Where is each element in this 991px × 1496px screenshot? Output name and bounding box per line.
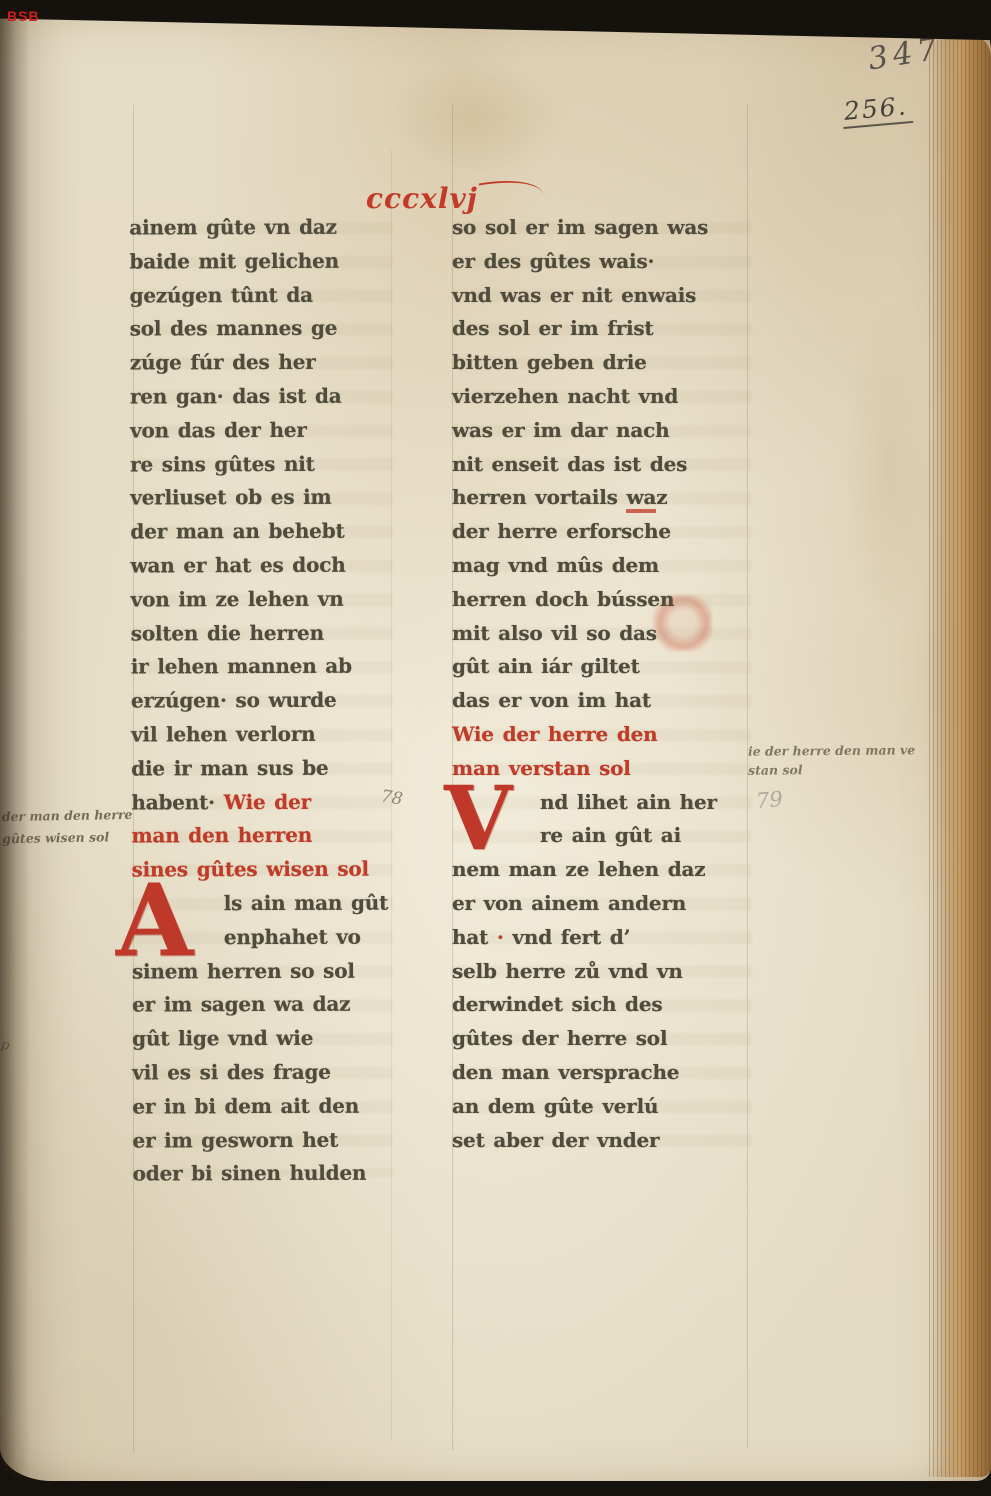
body-text: von im ze lehen vn xyxy=(131,586,344,611)
manuscript-line: das er von im hat xyxy=(452,688,752,722)
margin-note-line: stan sol xyxy=(748,761,915,781)
body-text: vil es si des frage xyxy=(132,1060,331,1085)
manuscript-line: erzúgen· so wurde xyxy=(131,688,393,723)
photo-backdrop: { "meta": { "watermark": "BSB" }, "folia… xyxy=(0,0,991,1496)
body-text: sol des mannes ge xyxy=(130,316,338,341)
manuscript-line: bitten geben drie xyxy=(452,350,752,384)
body-text: wa xyxy=(626,485,656,513)
body-text: die ir man sus be xyxy=(131,756,328,781)
manuscript-line: selb herre zů vnd vn xyxy=(452,959,752,993)
body-text: vnd was er nit enwais xyxy=(452,283,696,307)
manuscript-line: ir lehen mannen ab xyxy=(131,654,393,689)
manuscript-line: habent· Wie der xyxy=(131,789,393,824)
body-text: der man an behebt xyxy=(130,519,344,544)
body-text: nit enseit das ist des xyxy=(452,452,687,476)
body-text: mit also vil so das xyxy=(452,621,657,645)
manuscript-line: gût lige vnd wie xyxy=(132,1026,394,1061)
manuscript-line: solten die herren xyxy=(131,620,393,655)
pencil-chapter-number-78: 78 xyxy=(380,786,405,809)
text-column-right: so sol er im sagen waser des gûtes wais·… xyxy=(452,215,752,1161)
body-text: ainem gûte vn daz xyxy=(129,215,337,240)
manuscript-line: oder bi sinen hulden xyxy=(133,1161,395,1196)
folio-number-ink: 256. xyxy=(841,91,913,129)
body-text: hat xyxy=(452,925,497,949)
body-text: er im sagen wa daz xyxy=(132,992,350,1017)
manuscript-line: herren vortails waz xyxy=(452,485,752,519)
manuscript-line: vnd was er nit enwais xyxy=(452,283,752,317)
flourish-stroke xyxy=(478,173,543,205)
manuscript-line: sol des mannes ge xyxy=(130,316,392,351)
manuscript-line: Wie der herre den xyxy=(452,722,752,756)
manuscript-line: mit also vil so das xyxy=(452,621,752,655)
manuscript-line: vil es si des frage xyxy=(132,1059,394,1094)
manuscript-line: der herre erforsche xyxy=(452,519,752,553)
body-text: oder bi sinen hulden xyxy=(133,1161,367,1186)
chapter-number-text: cccxlvj xyxy=(366,182,478,215)
body-text: verliuset ob es im xyxy=(130,485,331,510)
parchment-stain xyxy=(385,58,575,178)
body-text: enphahet vo xyxy=(224,924,361,948)
body-text: vil lehen verlorn xyxy=(131,722,315,747)
manuscript-line: was er im dar nach xyxy=(452,418,752,452)
body-text: er des gûtes wais· xyxy=(452,249,654,273)
manuscript-line: so sol er im sagen was xyxy=(452,215,752,249)
manuscript-line: vil lehen verlorn xyxy=(131,721,393,756)
manuscript-line: an dem gûte verlú xyxy=(452,1094,752,1128)
manuscript-line: zúge fúr des her xyxy=(130,350,392,385)
body-text: gezúgen tûnt da xyxy=(130,282,313,307)
body-text: was er im dar nach xyxy=(452,418,669,442)
manuscript-line: gût ain iár giltet xyxy=(452,654,752,688)
margin-note-line: ie der herre den man ve xyxy=(748,742,915,762)
body-text: den man versprache xyxy=(452,1060,679,1084)
manuscript-line: gûtes der herre sol xyxy=(452,1026,752,1060)
body-text: wan er hat es doch xyxy=(130,553,345,578)
manuscript-line: er im gesworn het xyxy=(132,1127,394,1162)
body-text: derwindet sich des xyxy=(452,992,662,1016)
body-text: er in bi dem ait den xyxy=(132,1093,359,1118)
manuscript-line: nit enseit das ist des xyxy=(452,452,752,486)
margin-note-right: ie der herre den man ve stan sol xyxy=(748,742,916,781)
body-text: vierzehen nacht vnd xyxy=(452,384,678,408)
body-text: zúge fúr des her xyxy=(130,350,316,375)
pencil-chapter-number-79: 79 xyxy=(755,787,784,813)
manuscript-line: die ir man sus be xyxy=(131,755,393,790)
body-text: mag vnd mûs dem xyxy=(452,553,659,577)
body-text: des sol er im frist xyxy=(452,316,653,340)
body-text: baide mit gelichen xyxy=(129,249,339,274)
body-text: von das der her xyxy=(130,418,307,443)
manuscript-line: ren gan· das ist da xyxy=(130,384,392,419)
manuscript-page: 347 256. cccxlvj ainem gûte vn dazbaide … xyxy=(0,10,991,1481)
bsb-watermark: BSB xyxy=(7,8,40,24)
manuscript-line: er im sagen wa daz xyxy=(132,992,394,1027)
parchment-stain xyxy=(845,300,935,630)
body-text: re ain gût ai xyxy=(540,823,681,847)
body-text: das er von im hat xyxy=(452,688,651,712)
rubric-text: · xyxy=(497,925,504,949)
body-text: an dem gûte verlú xyxy=(452,1094,658,1118)
body-text: z xyxy=(656,485,667,509)
manuscript-line: mag vnd mûs dem xyxy=(452,553,752,587)
manuscript-line: set aber der vnder xyxy=(452,1128,752,1162)
body-text: er von ainem andern xyxy=(452,891,686,915)
manuscript-line: Als ain man gût xyxy=(132,890,394,925)
manuscript-line: herren doch bússen xyxy=(452,587,752,621)
body-text: herren doch bússen xyxy=(452,587,674,611)
manuscript-line: der man an behebt xyxy=(130,519,392,554)
manuscript-line: Vnd lihet ain her xyxy=(452,790,752,824)
manuscript-line: des sol er im frist xyxy=(452,316,752,350)
body-text: der herre erforsche xyxy=(452,519,671,543)
body-text: herren vortails xyxy=(452,485,626,509)
manuscript-line: er in bi dem ait den xyxy=(132,1093,394,1128)
drop-cap-initial: V xyxy=(444,782,512,854)
body-text: habent· xyxy=(131,790,223,814)
manuscript-line: baide mit gelichen xyxy=(129,248,391,283)
body-text: gût lige vnd wie xyxy=(132,1026,313,1051)
body-text: bitten geben drie xyxy=(452,350,647,374)
manuscript-line: ainem gûte vn daz xyxy=(129,215,391,250)
body-text: so sol er im sagen was xyxy=(452,215,708,239)
manuscript-line: er von ainem andern xyxy=(452,891,752,925)
body-text: solten die herren xyxy=(131,620,324,645)
body-text: erzúgen· so wurde xyxy=(131,688,337,713)
body-text: selb herre zů vnd vn xyxy=(452,959,683,983)
manuscript-line: derwindet sich des xyxy=(452,992,752,1026)
body-text: gût ain iár giltet xyxy=(452,654,640,678)
manuscript-line: re sins gûtes nit xyxy=(130,451,392,486)
rubric-text: Wie der xyxy=(224,789,311,813)
manuscript-line: wan er hat es doch xyxy=(130,553,392,588)
manuscript-line: von im ze lehen vn xyxy=(131,586,393,621)
body-text: er im gesworn het xyxy=(132,1127,338,1152)
body-text: ls ain man gût xyxy=(224,890,389,915)
body-text: set aber der vnder xyxy=(452,1128,659,1152)
body-text: nd lihet ain her xyxy=(540,790,717,814)
manuscript-line: hat · vnd fert d’ xyxy=(452,925,752,959)
gutter-shadow xyxy=(0,10,30,1481)
manuscript-line: vierzehen nacht vnd xyxy=(452,384,752,418)
body-text: ir lehen mannen ab xyxy=(131,654,352,679)
text-column-left: ainem gûte vn dazbaide mit gelichengezúg… xyxy=(129,215,394,1196)
drop-cap-initial: A xyxy=(116,879,194,961)
manuscript-line: er des gûtes wais· xyxy=(452,249,752,283)
body-text: vnd fert d’ xyxy=(504,925,631,949)
manuscript-line: man den herren xyxy=(131,823,393,858)
manuscript-line: verliuset ob es im xyxy=(130,485,392,520)
rubric-text: man den herren xyxy=(131,823,312,848)
book-fore-edge xyxy=(929,32,991,1477)
manuscript-line: gezúgen tûnt da xyxy=(130,282,392,317)
chapter-number-heading: cccxlvj xyxy=(366,178,542,215)
manuscript-line: von das der her xyxy=(130,417,392,452)
rubric-text: Wie der herre den xyxy=(452,722,657,746)
manuscript-line: den man versprache xyxy=(452,1060,752,1094)
body-text: ren gan· das ist da xyxy=(130,384,342,409)
body-text: re sins gûtes nit xyxy=(130,451,315,476)
body-text: gûtes der herre sol xyxy=(452,1026,667,1050)
